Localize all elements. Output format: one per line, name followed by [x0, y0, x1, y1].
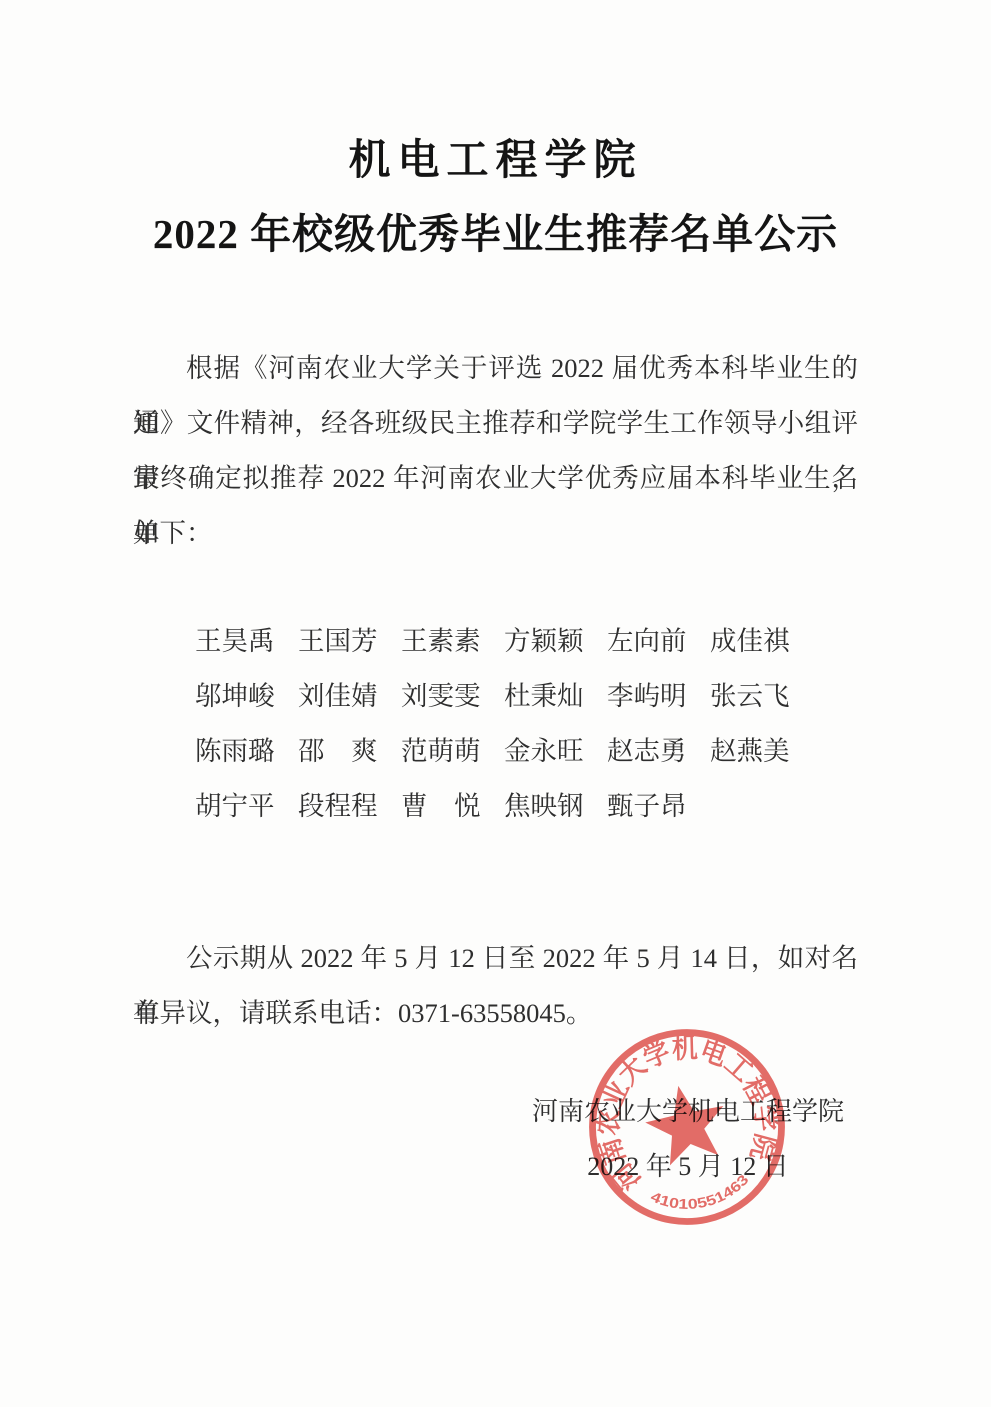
graduate-name: 范萌萌	[401, 729, 504, 768]
graduate-name: 邬坤峻	[195, 674, 298, 713]
graduate-name: 赵志勇	[607, 729, 710, 768]
intro-paragraph-line: 最终确定拟推荐 2022 年河南农业大学优秀应届本科毕业生名单	[133, 451, 858, 506]
intro-paragraph-line: 根据《河南农业大学关于评选 2022 届优秀本科毕业生的通	[133, 341, 858, 396]
graduate-name: 李屿明	[607, 674, 710, 713]
graduate-name: 赵燕美	[710, 729, 813, 768]
graduate-name: 杜秉灿	[504, 674, 607, 713]
graduate-name: 王素素	[401, 619, 504, 658]
signature-organization: 河南农业大学机电工程学院	[532, 1084, 844, 1139]
graduate-name: 左向前	[607, 619, 710, 658]
name-row: 陈雨璐 邵 爽 范萌萌 金永旺 赵志勇 赵燕美	[195, 721, 858, 776]
graduate-name: 成佳祺	[710, 619, 813, 658]
page-title-line1: 机电工程学院	[0, 140, 991, 182]
page-title-line2: 2022 年校级优秀毕业生推荐名单公示	[0, 214, 991, 255]
intro-paragraph-line: 如下：	[133, 506, 858, 561]
graduate-name: 胡宁平	[195, 784, 298, 823]
notice-period-line: 公示期从 2022 年 5 月 12 日至 2022 年 5 月 14 日，如对…	[133, 931, 858, 986]
name-row: 胡宁平 段程程 曹 悦 焦映钢 甄子昂	[195, 776, 858, 831]
graduate-name: 甄子昂	[607, 784, 710, 823]
graduate-name: 方颖颖	[504, 619, 607, 658]
document-body: 根据《河南农业大学关于评选 2022 届优秀本科毕业生的通 知》文件精神，经各班…	[133, 341, 858, 1194]
graduate-name: 王昊禹	[195, 619, 298, 658]
graduate-name: 焦映钢	[504, 784, 607, 823]
intro-paragraph: 根据《河南农业大学关于评选 2022 届优秀本科毕业生的通 知》文件精神，经各班…	[133, 341, 858, 561]
intro-paragraph-line: 知》文件精神，经各班级民主推荐和学院学生工作领导小组评审，	[133, 396, 858, 451]
graduate-name: 邵 爽	[298, 729, 401, 768]
graduate-name: 陈雨璐	[195, 729, 298, 768]
graduate-name: 金永旺	[504, 729, 607, 768]
graduate-name: 王国芳	[298, 619, 401, 658]
graduate-name: 段程程	[298, 784, 401, 823]
signature-block: 河南农业大学机电工程学院 2022 年 5 月 12 日	[532, 1084, 844, 1194]
contact-phone-line: 有异议，请联系电话：0371-63558045。	[133, 986, 858, 1041]
graduate-name: 刘佳婧	[298, 674, 401, 713]
graduate-name-list: 王昊禹 王国芳 王素素 方颖颖 左向前 成佳祺 邬坤峻 刘佳婧 刘雯雯 杜秉灿 …	[195, 611, 858, 831]
graduate-name: 张云飞	[710, 674, 813, 713]
name-row: 王昊禹 王国芳 王素素 方颖颖 左向前 成佳祺	[195, 611, 858, 666]
graduate-name: 刘雯雯	[401, 674, 504, 713]
notice-period-paragraph: 公示期从 2022 年 5 月 12 日至 2022 年 5 月 14 日，如对…	[133, 931, 858, 1041]
name-row: 邬坤峻 刘佳婧 刘雯雯 杜秉灿 李屿明 张云飞	[195, 666, 858, 721]
title-block: 机电工程学院 2022 年校级优秀毕业生推荐名单公示	[0, 0, 991, 255]
graduate-name: 曹 悦	[401, 784, 504, 823]
signature-date: 2022 年 5 月 12 日	[532, 1139, 844, 1194]
document-page: 机电工程学院 2022 年校级优秀毕业生推荐名单公示 根据《河南农业大学关于评选…	[0, 0, 991, 1407]
